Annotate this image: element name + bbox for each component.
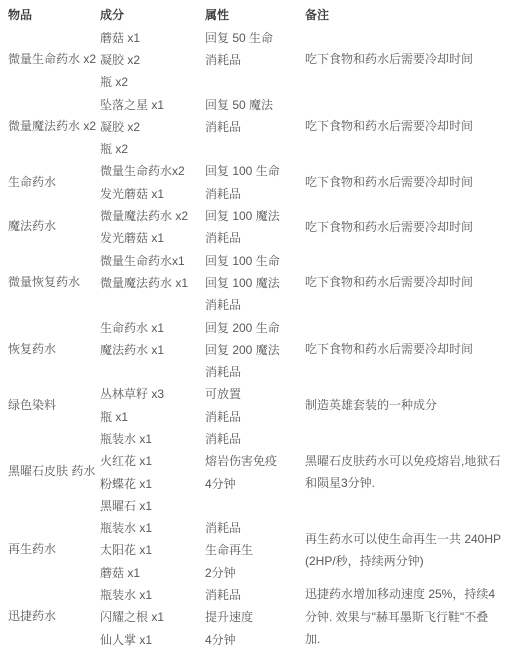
ingredient-line: 微量魔法药水 x1 <box>100 271 205 293</box>
property-line: 消耗品 <box>205 427 305 449</box>
item-cell: 绿色染料 <box>8 383 100 428</box>
note-cell: 吃下食物和药水后需要冷却时间 <box>305 93 513 160</box>
note-text: 吃下食物和药水后需要冷却时间 <box>305 48 473 70</box>
note-cell: 制造英雄套装的一种成分 <box>305 383 513 428</box>
property-line: 回复 100 生命 <box>205 249 305 271</box>
property-line: 回复 100 魔法 <box>205 204 305 226</box>
note-cell: 黑曜石皮肤药水可以免疫熔岩,地狱石和陨星3分钟. <box>305 427 513 516</box>
ingredient-line: 黑曜石 x1 <box>100 494 205 516</box>
ingredient-line: 瓶 x1 <box>100 405 205 427</box>
note-cell: 迅捷药水增加移动速度 25%，持续4分钟. 效果与"赫耳墨斯飞行鞋"不叠加. <box>305 583 513 650</box>
ingredient-line: 微量生命药水x1 <box>100 249 205 271</box>
note-cell: 吃下食物和药水后需要冷却时间 <box>305 26 513 93</box>
crafting-table: 物品 成分 属性 备注 微量生命药水 x2 蘑菇 x1 凝胶 x2 瓶 x2 回… <box>0 0 513 650</box>
item-name: 魔法药水 <box>8 219 56 234</box>
table-row: 微量魔法药水 x2 坠落之星 x1 凝胶 x2 瓶 x2 回复 50 魔法 消耗… <box>8 93 513 160</box>
item-name: 再生药水 <box>8 542 56 557</box>
properties-cell: 回复 50 生命 消耗品 <box>205 26 305 93</box>
property-line: 消耗品 <box>205 115 305 137</box>
ingredient-line: 坠落之星 x1 <box>100 93 205 115</box>
property-line: 回复 200 生命 <box>205 316 305 338</box>
property-line: 消耗品 <box>205 227 305 249</box>
ingredients-cell: 生命药水 x1 魔法药水 x1 <box>100 316 205 383</box>
item-cell: 恢复药水 <box>8 316 100 383</box>
ingredients-cell: 瓶装水 x1 太阳花 x1 蘑菇 x1 <box>100 517 205 584</box>
note-text: 吃下食物和药水后需要冷却时间 <box>305 338 473 360</box>
ingredient-line: 生命药水 x1 <box>100 316 205 338</box>
properties-cell: 回复 200 生命 回复 200 魔法 消耗品 <box>205 316 305 383</box>
table-row: 微量生命药水 x2 蘑菇 x1 凝胶 x2 瓶 x2 回复 50 生命 消耗品 … <box>8 26 513 93</box>
ingredients-cell: 微量生命药水x2 发光蘑菇 x1 <box>100 160 205 205</box>
item-name: 微量魔法药水 x2 <box>8 119 96 134</box>
item-name: 微量生命药水 x2 <box>8 52 96 67</box>
properties-cell: 消耗品 生命再生 2分钟 <box>205 517 305 584</box>
ingredient-line: 瓶装水 x1 <box>100 427 205 449</box>
ingredient-line: 瓶装水 x1 <box>100 583 205 605</box>
ingredient-line: 微量生命药水x2 <box>100 160 205 182</box>
note-text: 吃下食物和药水后需要冷却时间 <box>305 216 473 238</box>
item-name: 恢复药水 <box>8 342 56 357</box>
property-line: 消耗品 <box>205 182 305 204</box>
ingredients-cell: 坠落之星 x1 凝胶 x2 瓶 x2 <box>100 93 205 160</box>
note-text: 黑曜石皮肤药水可以免疫熔岩,地狱石和陨星3分钟. <box>305 450 501 495</box>
property-line: 回复 50 魔法 <box>205 93 305 115</box>
item-cell: 生命药水 <box>8 160 100 205</box>
item-name: 绿色染料 <box>8 398 56 413</box>
table-row: 恢复药水 生命药水 x1 魔法药水 x1 回复 200 生命 回复 200 魔法… <box>8 316 513 383</box>
properties-cell: 回复 100 魔法 消耗品 <box>205 204 305 249</box>
properties-cell: 回复 100 生命 回复 100 魔法 消耗品 <box>205 249 305 316</box>
note-cell: 再生药水可以使生命再生一共 240HP (2HP/秒，持续两分钟) <box>305 517 513 584</box>
table-row: 黑曜石皮肤 药水 瓶装水 x1 火红花 x1 粉蝶花 x1 黑曜石 x1 消耗品… <box>8 427 513 516</box>
ingredients-cell: 丛林草籽 x3 瓶 x1 <box>100 383 205 428</box>
column-header-properties: 属性 <box>205 6 305 23</box>
ingredient-line: 瓶 x2 <box>100 137 205 159</box>
property-line: 回复 50 生命 <box>205 26 305 48</box>
item-name: 黑曜石皮肤 药水 <box>8 464 95 479</box>
properties-cell: 消耗品 熔岩伤害免疫 4分钟 <box>205 427 305 516</box>
property-line: 回复 100 魔法 <box>205 271 305 293</box>
table-row: 绿色染料 丛林草籽 x3 瓶 x1 可放置 消耗品 制造英雄套装的一种成分 <box>8 383 513 428</box>
property-line: 提升速度 <box>205 606 305 628</box>
ingredients-cell: 瓶装水 x1 火红花 x1 粉蝶花 x1 黑曜石 x1 <box>100 427 205 516</box>
table-row: 魔法药水 微量魔法药水 x2 发光蘑菇 x1 回复 100 魔法 消耗品 吃下食… <box>8 204 513 249</box>
item-cell: 再生药水 <box>8 517 100 584</box>
properties-cell: 消耗品 提升速度 4分钟 <box>205 583 305 650</box>
item-name: 生命药水 <box>8 175 56 190</box>
ingredient-line: 微量魔法药水 x2 <box>100 204 205 226</box>
table-row: 生命药水 微量生命药水x2 发光蘑菇 x1 回复 100 生命 消耗品 吃下食物… <box>8 160 513 205</box>
property-line: 消耗品 <box>205 48 305 70</box>
item-name: 微量恢复药水 <box>8 275 80 290</box>
item-cell: 微量魔法药水 x2 <box>8 93 100 160</box>
ingredient-line: 闪耀之根 x1 <box>100 606 205 628</box>
column-header-notes: 备注 <box>305 6 513 23</box>
ingredient-line: 太阳花 x1 <box>100 539 205 561</box>
ingredient-line: 丛林草籽 x3 <box>100 383 205 405</box>
item-cell: 魔法药水 <box>8 204 100 249</box>
note-text: 再生药水可以使生命再生一共 240HP (2HP/秒，持续两分钟) <box>305 528 501 573</box>
ingredient-line: 仙人掌 x1 <box>100 628 205 650</box>
property-line: 消耗品 <box>205 294 305 316</box>
ingredient-line: 发光蘑菇 x1 <box>100 182 205 204</box>
table-row: 再生药水 瓶装水 x1 太阳花 x1 蘑菇 x1 消耗品 生命再生 2分钟 再生… <box>8 517 513 584</box>
ingredient-line: 瓶 x2 <box>100 71 205 93</box>
note-text: 吃下食物和药水后需要冷却时间 <box>305 271 473 293</box>
property-line: 4分钟 <box>205 472 305 494</box>
item-cell: 黑曜石皮肤 药水 <box>8 427 100 516</box>
ingredient-line: 火红花 x1 <box>100 450 205 472</box>
note-cell: 吃下食物和药水后需要冷却时间 <box>305 316 513 383</box>
ingredients-cell: 微量生命药水x1 微量魔法药水 x1 <box>100 249 205 316</box>
note-text: 迅捷药水增加移动速度 25%，持续4分钟. 效果与"赫耳墨斯飞行鞋"不叠加. <box>305 583 501 650</box>
property-line: 4分钟 <box>205 628 305 650</box>
note-cell: 吃下食物和药水后需要冷却时间 <box>305 204 513 249</box>
properties-cell: 回复 100 生命 消耗品 <box>205 160 305 205</box>
note-text: 吃下食物和药水后需要冷却时间 <box>305 115 473 137</box>
property-line: 消耗品 <box>205 517 305 539</box>
table-row: 微量恢复药水 微量生命药水x1 微量魔法药水 x1 回复 100 生命 回复 1… <box>8 249 513 316</box>
property-line: 消耗品 <box>205 583 305 605</box>
property-line: 回复 100 生命 <box>205 160 305 182</box>
ingredient-line: 蘑菇 x1 <box>100 26 205 48</box>
property-line: 2分钟 <box>205 561 305 583</box>
ingredient-line: 发光蘑菇 x1 <box>100 227 205 249</box>
ingredient-line: 凝胶 x2 <box>100 115 205 137</box>
property-line: 熔岩伤害免疫 <box>205 450 305 472</box>
table-row: 迅捷药水 瓶装水 x1 闪耀之根 x1 仙人掌 x1 消耗品 提升速度 4分钟 … <box>8 583 513 650</box>
property-line: 消耗品 <box>205 360 305 382</box>
item-cell: 微量生命药水 x2 <box>8 26 100 93</box>
ingredients-cell: 蘑菇 x1 凝胶 x2 瓶 x2 <box>100 26 205 93</box>
item-cell: 迅捷药水 <box>8 583 100 650</box>
ingredient-line: 凝胶 x2 <box>100 48 205 70</box>
property-line: 可放置 <box>205 383 305 405</box>
ingredient-line: 魔法药水 x1 <box>100 338 205 360</box>
table-header-row: 物品 成分 属性 备注 <box>8 3 513 26</box>
note-text: 制造英雄套装的一种成分 <box>305 394 437 416</box>
column-header-item: 物品 <box>8 6 100 23</box>
properties-cell: 回复 50 魔法 消耗品 <box>205 93 305 160</box>
note-cell: 吃下食物和药水后需要冷却时间 <box>305 160 513 205</box>
note-text: 吃下食物和药水后需要冷却时间 <box>305 171 473 193</box>
ingredients-cell: 瓶装水 x1 闪耀之根 x1 仙人掌 x1 <box>100 583 205 650</box>
property-line: 回复 200 魔法 <box>205 338 305 360</box>
property-line: 生命再生 <box>205 539 305 561</box>
ingredients-cell: 微量魔法药水 x2 发光蘑菇 x1 <box>100 204 205 249</box>
ingredient-line: 蘑菇 x1 <box>100 561 205 583</box>
item-cell: 微量恢复药水 <box>8 249 100 316</box>
property-line: 消耗品 <box>205 405 305 427</box>
note-cell: 吃下食物和药水后需要冷却时间 <box>305 249 513 316</box>
column-header-ingredients: 成分 <box>100 6 205 23</box>
ingredient-line: 瓶装水 x1 <box>100 517 205 539</box>
properties-cell: 可放置 消耗品 <box>205 383 305 428</box>
item-name: 迅捷药水 <box>8 609 56 624</box>
ingredient-line: 粉蝶花 x1 <box>100 472 205 494</box>
